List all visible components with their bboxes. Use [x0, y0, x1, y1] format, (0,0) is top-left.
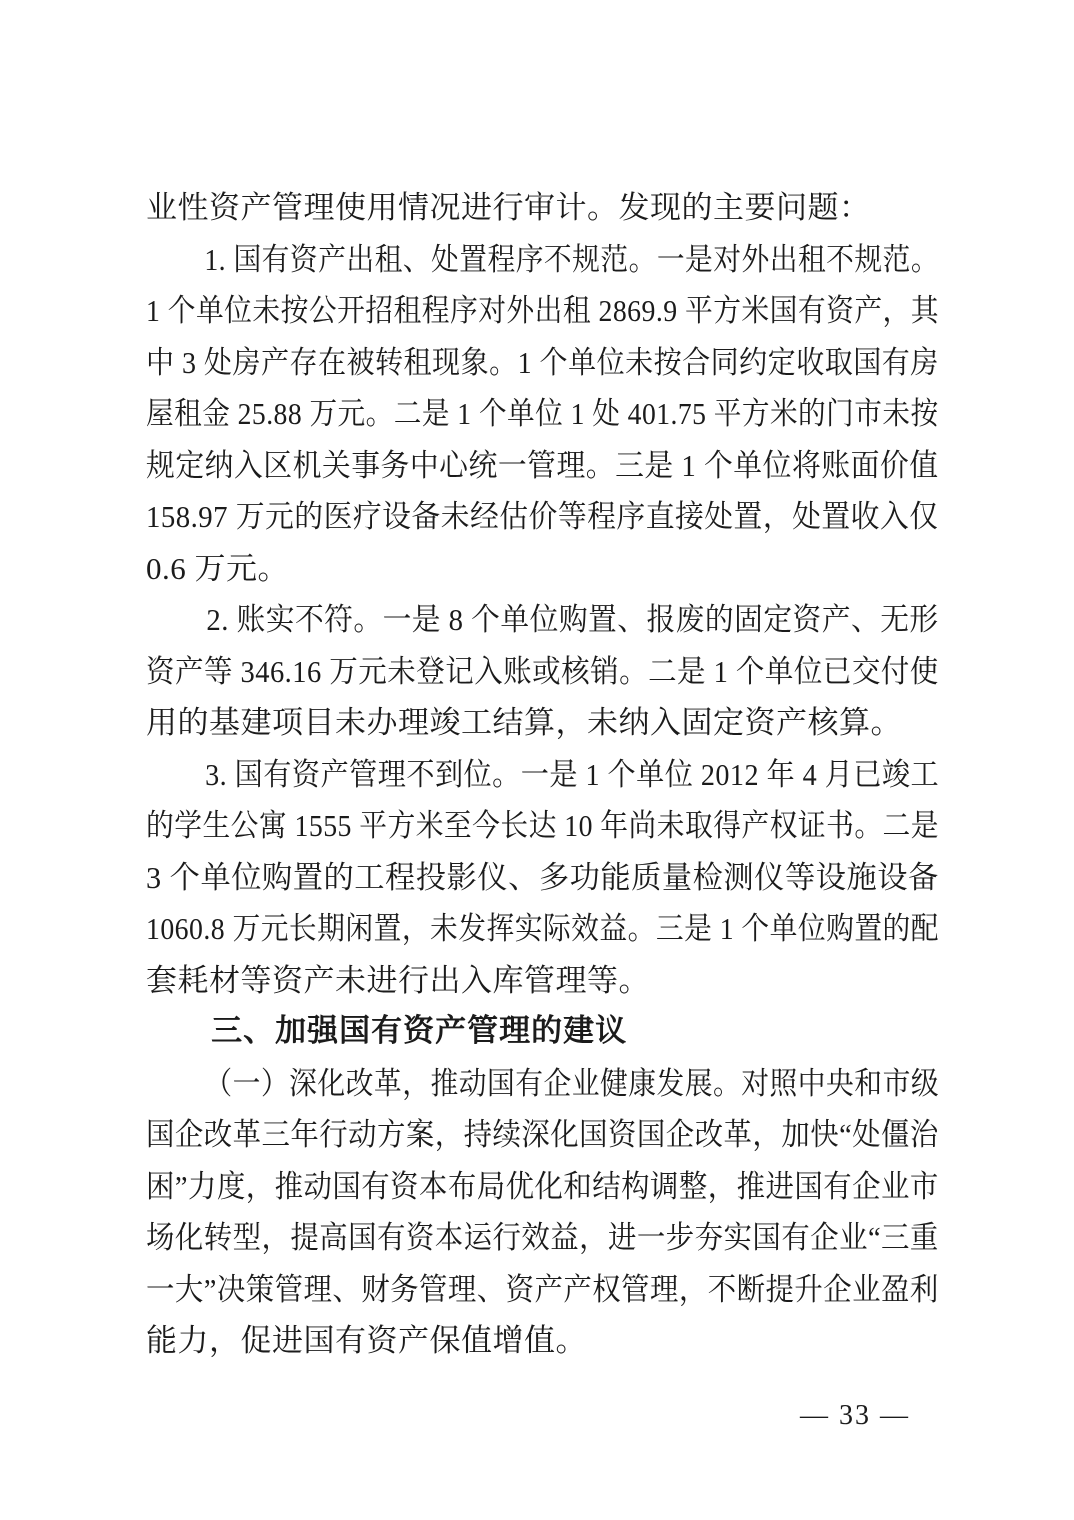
- text-line: 一大”决策管理、财务管理、资产产权管理，不断提升企业盈利: [146, 1264, 873, 1316]
- item-1-paragraph: 1. 国有资产出租、处置程序不规范。一是对外出租不规范。1 个单位未按公开招租程…: [146, 234, 939, 595]
- text-line: 2. 账实不符。一是 8 个单位购置、报废的固定资产、无形: [146, 594, 881, 646]
- suggestion-1-paragraph: （一）深化改革，推动国有企业健康发展。对照中央和市级国企改革三年行动方案，持续深…: [146, 1058, 939, 1367]
- text-line: 规定纳入区机关事务中心统一管理。三是 1 个单位将账面价值: [146, 440, 884, 492]
- text-line: 用的基建项目未办理竣工结算，未纳入固定资产核算。: [146, 697, 939, 749]
- text-line: 3. 国有资产管理不到位。一是 1 个单位 2012 年 4 月已竣工: [146, 749, 866, 801]
- text-line: 套耗材等资产未进行出入库管理等。: [146, 955, 939, 1007]
- text-line: 1 个单位未按公开招租程序对外出租 2869.9 平方米国有资产，其: [146, 285, 857, 337]
- text-line: 能力，促进国有资产保值增值。: [146, 1315, 939, 1367]
- text-line: 业性资产管理使用情况进行审计。发现的主要问题：: [146, 182, 939, 234]
- section-heading: 三、加强国有资产管理的建议: [146, 1006, 939, 1058]
- text-line: （一）深化改革，推动国有企业健康发展。对照中央和市级: [146, 1058, 857, 1110]
- page: 业性资产管理使用情况进行审计。发现的主要问题：1. 国有资产出租、处置程序不规范…: [0, 0, 1074, 1520]
- item-3-paragraph: 3. 国有资产管理不到位。一是 1 个单位 2012 年 4 月已竣工的学生公寓…: [146, 749, 939, 1007]
- item-2-paragraph: 2. 账实不符。一是 8 个单位购置、报废的固定资产、无形资产等 346.16 …: [146, 594, 939, 749]
- text-line: 0.6 万元。: [146, 543, 939, 595]
- continuation-paragraph: 业性资产管理使用情况进行审计。发现的主要问题：: [146, 182, 939, 234]
- subsection-body-start: 对照中央和市级: [741, 1066, 939, 1101]
- document-body: 业性资产管理使用情况进行审计。发现的主要问题：1. 国有资产出租、处置程序不规范…: [146, 182, 939, 1367]
- text-line: 资产等 346.16 万元未登记入账或核销。二是 1 个单位已交付使: [146, 646, 876, 698]
- text-line: 屋租金 25.88 万元。二是 1 个单位 1 处 401.75 平方米的门市未…: [146, 388, 853, 440]
- text-line: 的学生公寓 1555 平方米至今长达 10 年尚未取得产权证书。二是: [146, 800, 857, 852]
- page-number: — 33 —: [800, 1396, 910, 1436]
- text-line: 中 3 处房产存在被转租现象。1 个单位未按合同约定收取国有房: [146, 337, 864, 389]
- text-line: 国企改革三年行动方案，持续深化国资国企改革，加快“处僵治: [146, 1109, 873, 1161]
- text-line: 三、加强国有资产管理的建议: [146, 1006, 939, 1058]
- subsection-title: （一）深化改革，推动国有企业健康发展。: [204, 1066, 741, 1101]
- text-line: 1060.8 万元长期闲置，未发挥实际效益。三是 1 个单位购置的配: [146, 903, 857, 955]
- text-line: 158.97 万元的医疗设备未经估价等程序直接处置，处置收入仅: [146, 491, 883, 543]
- text-line: 1. 国有资产出租、处置程序不规范。一是对外出租不规范。: [146, 234, 857, 286]
- text-line: 场化转型，提高国有资本运行效益，进一步夯实国有企业“三重: [146, 1212, 873, 1264]
- text-line: 困”力度，推动国有资本布局优化和结构调整，推进国有企业市: [146, 1161, 873, 1213]
- text-line: 3 个单位购置的工程投影仪、多功能质量检测仪等设施设备: [146, 852, 920, 904]
